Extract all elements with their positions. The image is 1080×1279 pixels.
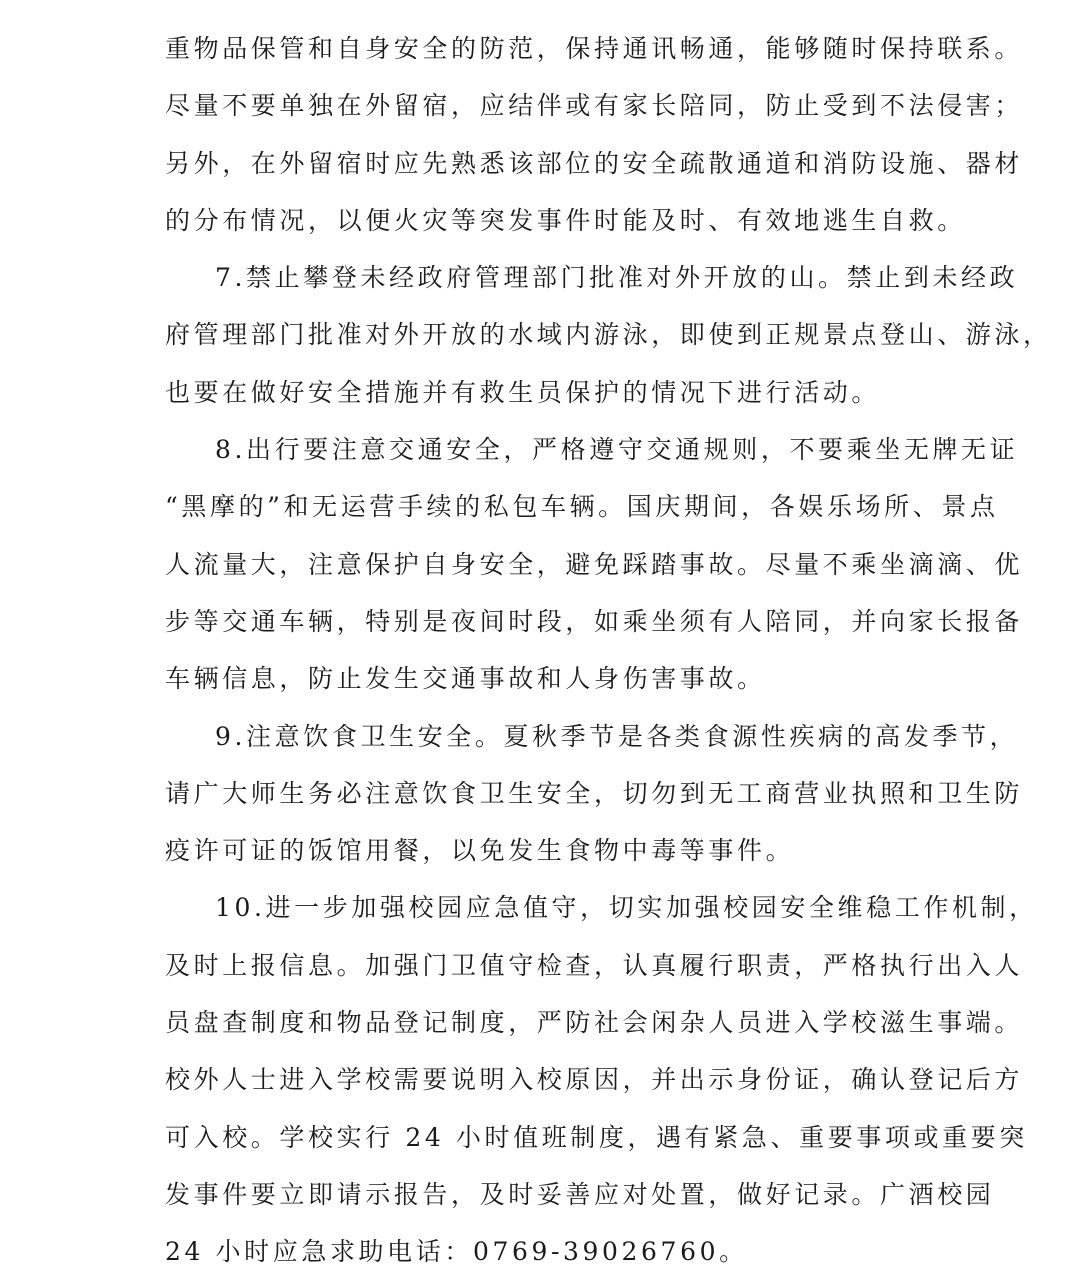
text-line: 人流量大，注意保护自身安全，避免踩踏事故。尽量不乘坐滴滴、优 bbox=[165, 536, 917, 593]
text-line: 步等交通车辆，特别是夜间时段，如乘坐须有人陪同，并向家长报备 bbox=[165, 593, 917, 650]
paragraph-continuation: 重物品保管和自身安全的防范，保持通讯畅通，能够随时保持联系。 尽量不要单独在外留… bbox=[165, 20, 917, 249]
text-line: 尽量不要单独在外留宿，应结伴或有家长陪同，防止受到不法侵害； bbox=[165, 77, 917, 134]
text-line: 重物品保管和自身安全的防范，保持通讯畅通，能够随时保持联系。 bbox=[165, 20, 917, 77]
text-line: “黑摩的”和无运营手续的私包车辆。国庆期间，各娱乐场所、景点 bbox=[165, 478, 917, 535]
paragraph-item-9: 9.注意饮食卫生安全。夏秋季节是各类食源性疾病的高发季节， 请广大师生务必注意饮… bbox=[165, 708, 917, 880]
text-line: 24 小时应急求助电话：0769-39026760。 bbox=[165, 1223, 917, 1279]
text-line: 及时上报信息。加强门卫值守检查，认真履行职责，严格执行出入人 bbox=[165, 937, 917, 994]
text-line: 8.出行要注意交通安全，严格遵守交通规则，不要乘坐无牌无证 bbox=[165, 421, 917, 478]
text-line: 的分布情况，以便火灾等突发事件时能及时、有效地逃生自救。 bbox=[165, 192, 917, 249]
text-line: 请广大师生务必注意饮食卫生安全，切勿到无工商营业执照和卫生防 bbox=[165, 765, 917, 822]
paragraph-item-7: 7.禁止攀登未经政府管理部门批准对外开放的山。禁止到未经政 府管理部门批准对外开… bbox=[165, 249, 917, 421]
text-line: 发事件要立即请示报告，及时妥善应对处置，做好记录。广酒校园 bbox=[165, 1166, 917, 1223]
paragraph-item-8: 8.出行要注意交通安全，严格遵守交通规则，不要乘坐无牌无证 “黑摩的”和无运营手… bbox=[165, 421, 917, 707]
text-line: 另外，在外留宿时应先熟悉该部位的安全疏散通道和消防设施、器材 bbox=[165, 135, 917, 192]
text-line: 车辆信息，防止发生交通事故和人身伤害事故。 bbox=[165, 650, 917, 707]
paragraph-item-10: 10.进一步加强校园应急值守，切实加强校园安全维稳工作机制， 及时上报信息。加强… bbox=[165, 879, 917, 1279]
text-line: 可入校。学校实行 24 小时值班制度，遇有紧急、重要事项或重要突 bbox=[165, 1109, 917, 1166]
text-line: 10.进一步加强校园应急值守，切实加强校园安全维稳工作机制， bbox=[165, 879, 917, 936]
text-line: 也要在做好安全措施并有救生员保护的情况下进行活动。 bbox=[165, 364, 917, 421]
text-line: 7.禁止攀登未经政府管理部门批准对外开放的山。禁止到未经政 bbox=[165, 249, 917, 306]
text-line: 疫许可证的饭馆用餐，以免发生食物中毒等事件。 bbox=[165, 822, 917, 879]
text-line: 校外人士进入学校需要说明入校原因，并出示身份证，确认登记后方 bbox=[165, 1051, 917, 1108]
document-page: 重物品保管和自身安全的防范，保持通讯畅通，能够随时保持联系。 尽量不要单独在外留… bbox=[165, 20, 917, 1279]
text-line: 府管理部门批准对外开放的水域内游泳，即使到正规景点登山、游泳， bbox=[165, 306, 917, 363]
text-line: 9.注意饮食卫生安全。夏秋季节是各类食源性疾病的高发季节， bbox=[165, 708, 917, 765]
text-line: 员盘查制度和物品登记制度，严防社会闲杂人员进入学校滋生事端。 bbox=[165, 994, 917, 1051]
